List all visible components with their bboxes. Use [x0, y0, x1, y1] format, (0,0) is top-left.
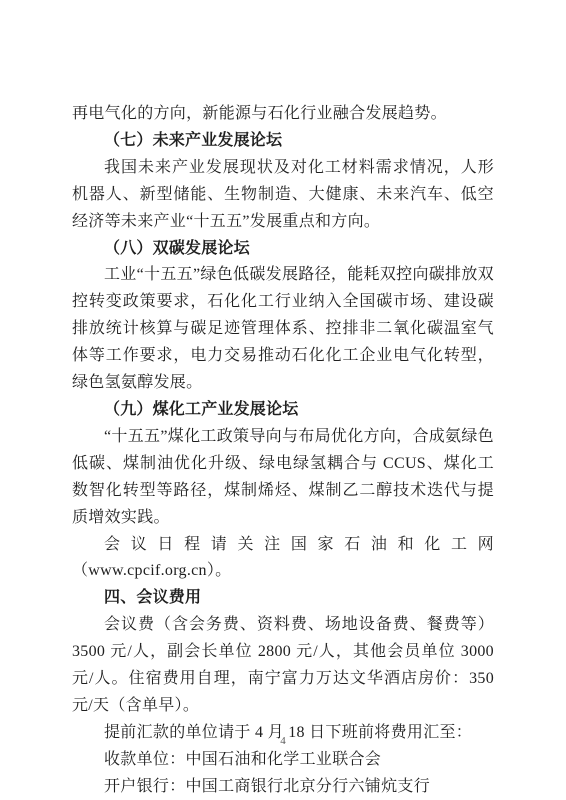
paragraph: 会议费（含会务费、资料费、场地设备费、餐费等）3500 元/人，副会长单位 28… [72, 612, 494, 720]
paragraph: 开户银行：中国工商银行北京分行六铺炕支行 [72, 774, 494, 800]
section-heading: （八）双碳发展论坛 [72, 236, 494, 263]
paragraph: 我国未来产业发展现状及对化工材料需求情况，人形机器人、新型储能、生物制造、大健康… [72, 155, 494, 236]
paragraph: 会议日程请关注国家石油和化工网（www.cpcif.org.cn）。 [72, 532, 494, 586]
paragraph: 工业“十五五”绿色低碳发展路径，能耗双控向碳排放双控转变政策要求，石化化工行业纳… [72, 262, 494, 397]
paragraph: 收款单位：中国石油和化学工业联合会 [72, 747, 494, 774]
page-number: 4 [0, 735, 566, 747]
section-heading: （九）煤化工产业发展论坛 [72, 397, 494, 424]
section-heading: 四、会议费用 [72, 585, 494, 612]
document-content: 再电气化的方向，新能源与石化行业融合发展趋势。（七）未来产业发展论坛我国未来产业… [72, 101, 494, 800]
paragraph: 再电气化的方向，新能源与石化行业融合发展趋势。 [72, 101, 494, 128]
section-heading: （七）未来产业发展论坛 [72, 128, 494, 155]
document-page: 再电气化的方向，新能源与石化行业融合发展趋势。（七）未来产业发展论坛我国未来产业… [0, 0, 566, 800]
paragraph: “十五五”煤化工政策导向与布局优化方向，合成氨绿色低碳、煤制油优化升级、绿电绿氢… [72, 424, 494, 532]
